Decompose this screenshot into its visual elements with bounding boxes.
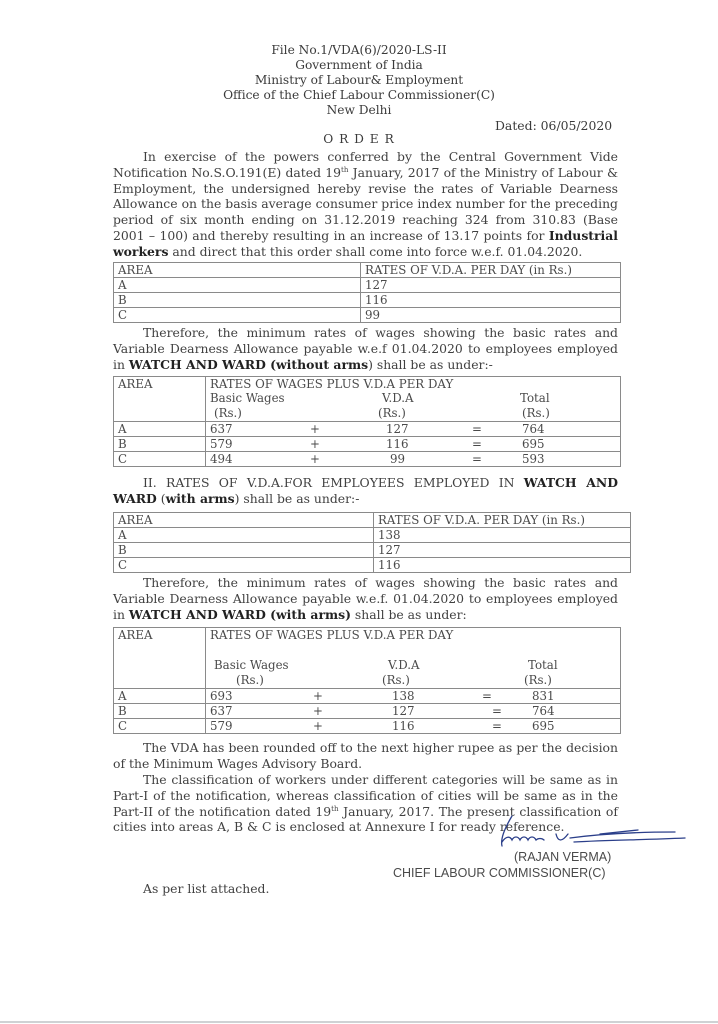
ministry-name: Ministry of Labour& Employment xyxy=(0,73,718,88)
file-number: File No.1/VDA(6)/2020-LS-II xyxy=(0,43,718,58)
area-header: AREA xyxy=(114,263,361,278)
table-header-row: AREA RATES OF V.D.A. PER DAY (in Rs.) xyxy=(114,263,621,278)
vda-rate-header: RATES OF V.D.A. PER DAY (in Rs.) xyxy=(361,263,621,278)
area-header: AREA xyxy=(114,628,206,689)
table-row: B 579 + 116 = 695 xyxy=(114,437,621,452)
table-row: B 116 xyxy=(114,293,621,308)
order-paragraph-5: The VDA has been rounded off to the next… xyxy=(113,740,618,772)
order-paragraph-4: Therefore, the minimum rates of wages sh… xyxy=(113,575,618,622)
basic-wages-header: Basic Wages xyxy=(210,391,285,405)
total-unit: (Rs.) xyxy=(524,673,552,687)
table-row: C 116 xyxy=(114,558,631,573)
signatory-designation: CHIEF LABOUR COMMISSIONER(C) xyxy=(393,866,606,880)
order-date: Dated: 06/05/2020 xyxy=(495,118,612,133)
vda-unit: (Rs.) xyxy=(382,673,410,687)
table-row: A 138 xyxy=(114,528,631,543)
wage-rates-table-with-arms: AREA RATES OF WAGES PLUS V.D.A PER DAY B… xyxy=(113,627,621,734)
table-row: A 127 xyxy=(114,278,621,293)
signatory-name: (RAJAN VERMA) xyxy=(514,850,611,864)
table-row: B 127 xyxy=(114,543,631,558)
total-header: Total xyxy=(520,391,550,405)
group-header: RATES OF WAGES PLUS V.D.A PER DAY xyxy=(210,628,616,642)
order-title: O R D E R xyxy=(0,132,718,147)
total-unit: (Rs.) xyxy=(522,406,550,420)
city-name: New Delhi xyxy=(0,103,718,118)
vda-unit: (Rs.) xyxy=(378,406,406,420)
area-header: AREA xyxy=(114,377,206,422)
table-row: C 494 + 99 = 593 xyxy=(114,452,621,467)
vda-rates-table-with-arms: AREA RATES OF V.D.A. PER DAY (in Rs.) A … xyxy=(113,512,631,573)
table-row: B 637 + 127 = 764 xyxy=(114,704,621,719)
signature-icon xyxy=(470,812,690,852)
vda-header: V.D.A xyxy=(388,658,420,672)
document-page: File No.1/VDA(6)/2020-LS-II Government o… xyxy=(0,0,718,1024)
basic-unit: (Rs.) xyxy=(236,673,264,687)
table-header-row: AREA RATES OF WAGES PLUS V.D.A PER DAY B… xyxy=(114,377,621,422)
vda-rates-table-industrial: AREA RATES OF V.D.A. PER DAY (in Rs.) A … xyxy=(113,262,621,323)
table-row: C 579 + 116 = 695 xyxy=(114,719,621,734)
scan-edge xyxy=(0,1021,718,1023)
table-header-row: AREA RATES OF V.D.A. PER DAY (in Rs.) xyxy=(114,513,631,528)
area-header: AREA xyxy=(114,513,374,528)
table-row: C 99 xyxy=(114,308,621,323)
order-paragraph-3: II. RATES OF V.D.A.FOR EMPLOYEES EMPLOYE… xyxy=(113,475,618,507)
government-name: Government of India xyxy=(0,58,718,73)
wage-rates-table-without-arms: AREA RATES OF WAGES PLUS V.D.A PER DAY B… xyxy=(113,376,621,467)
table-row: A 693 + 138 = 831 xyxy=(114,689,621,704)
vda-header: V.D.A xyxy=(382,391,414,405)
order-paragraph-1: In exercise of the powers conferred by t… xyxy=(113,149,618,260)
basic-wages-header: Basic Wages xyxy=(214,658,289,672)
footer-note: As per list attached. xyxy=(143,881,269,896)
vda-rate-header: RATES OF V.D.A. PER DAY (in Rs.) xyxy=(374,513,631,528)
group-header: RATES OF WAGES PLUS V.D.A PER DAY xyxy=(210,377,616,391)
total-header: Total xyxy=(528,658,558,672)
order-paragraph-2: Therefore, the minimum rates of wages sh… xyxy=(113,325,618,372)
office-name: Office of the Chief Labour Commissioner(… xyxy=(0,88,718,103)
table-row: A 637 + 127 = 764 xyxy=(114,422,621,437)
table-header-row: AREA RATES OF WAGES PLUS V.D.A PER DAY B… xyxy=(114,628,621,689)
basic-unit: (Rs.) xyxy=(214,406,242,420)
